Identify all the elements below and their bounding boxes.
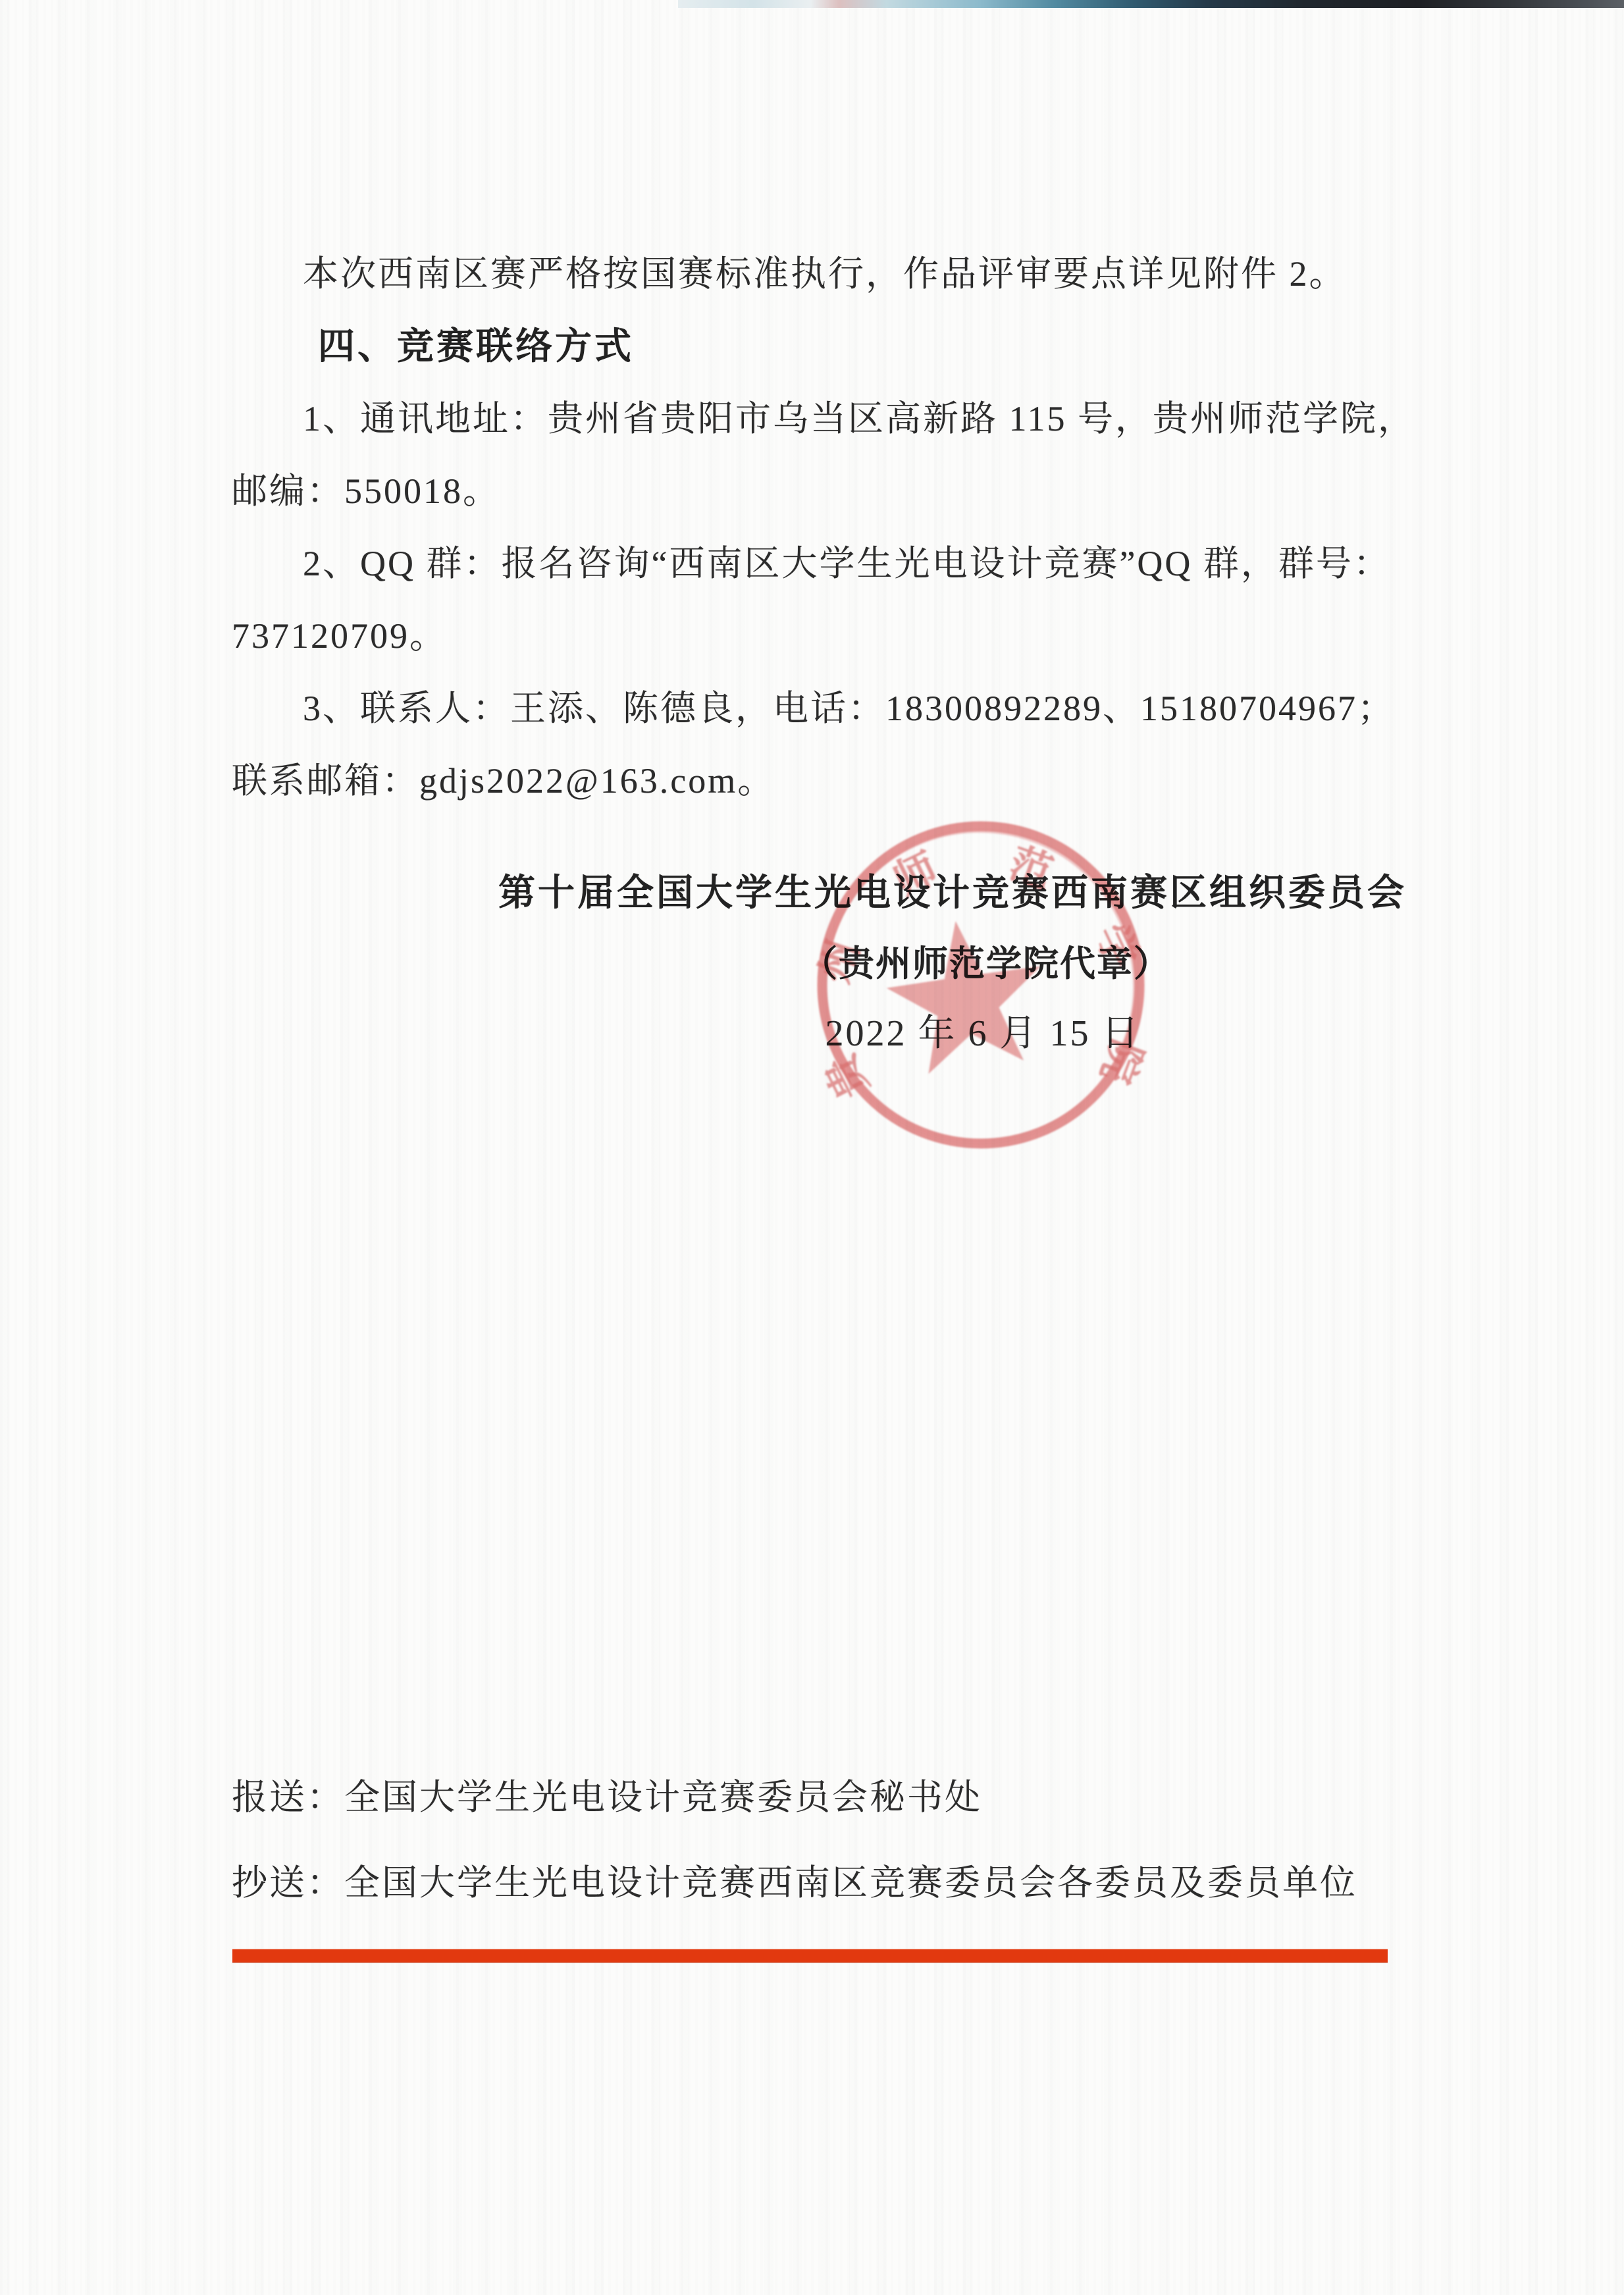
red-divider-line (232, 1949, 1388, 1963)
official-stamp: 贵州师范学院 (808, 814, 1153, 1159)
footer-copy-line: 抄送：全国大学生光电设计竞赛西南区竞赛委员会各委员及委员单位 (232, 1863, 1357, 1903)
contact-line-persons-phone: 3、联系人：王添、陈德良，电话：18300892289、15180704967； (303, 689, 1395, 728)
contact-line-postcode: 邮编：550018。 (232, 471, 500, 511)
contact-line-address: 1、通讯地址：贵州省贵阳市乌当区高新路 115 号，贵州师范学院， (303, 399, 1415, 438)
signature-date-line: 2022 年 6 月 15 日 (825, 1014, 1141, 1053)
signature-proxy-note-line: （贵州师范学院代章） (802, 944, 1170, 984)
scanner-edge-artifact (678, 0, 1624, 8)
section-heading: 四、竞赛联络方式 (318, 327, 634, 366)
scanned-document-page: 本次西南区赛严格按国赛标准执行，作品评审要点详见附件 2。 四、竞赛联络方式 1… (0, 0, 1624, 2295)
contact-line-qq-number: 737120709。 (232, 616, 447, 656)
contact-line-qq-group: 2、QQ 群：报名咨询“西南区大学生光电设计竞赛”QQ 群，群号： (303, 544, 1391, 583)
contact-line-email: 联系邮箱：gdjs2022@163.com。 (232, 761, 775, 801)
footer-report-line: 报送：全国大学生光电设计竞赛委员会秘书处 (232, 1778, 982, 1817)
signature-organization-line: 第十届全国大学生光电设计竞赛西南赛区组织委员会 (498, 873, 1407, 912)
intro-paragraph: 本次西南区赛严格按国赛标准执行，作品评审要点详见附件 2。 (303, 254, 1347, 294)
